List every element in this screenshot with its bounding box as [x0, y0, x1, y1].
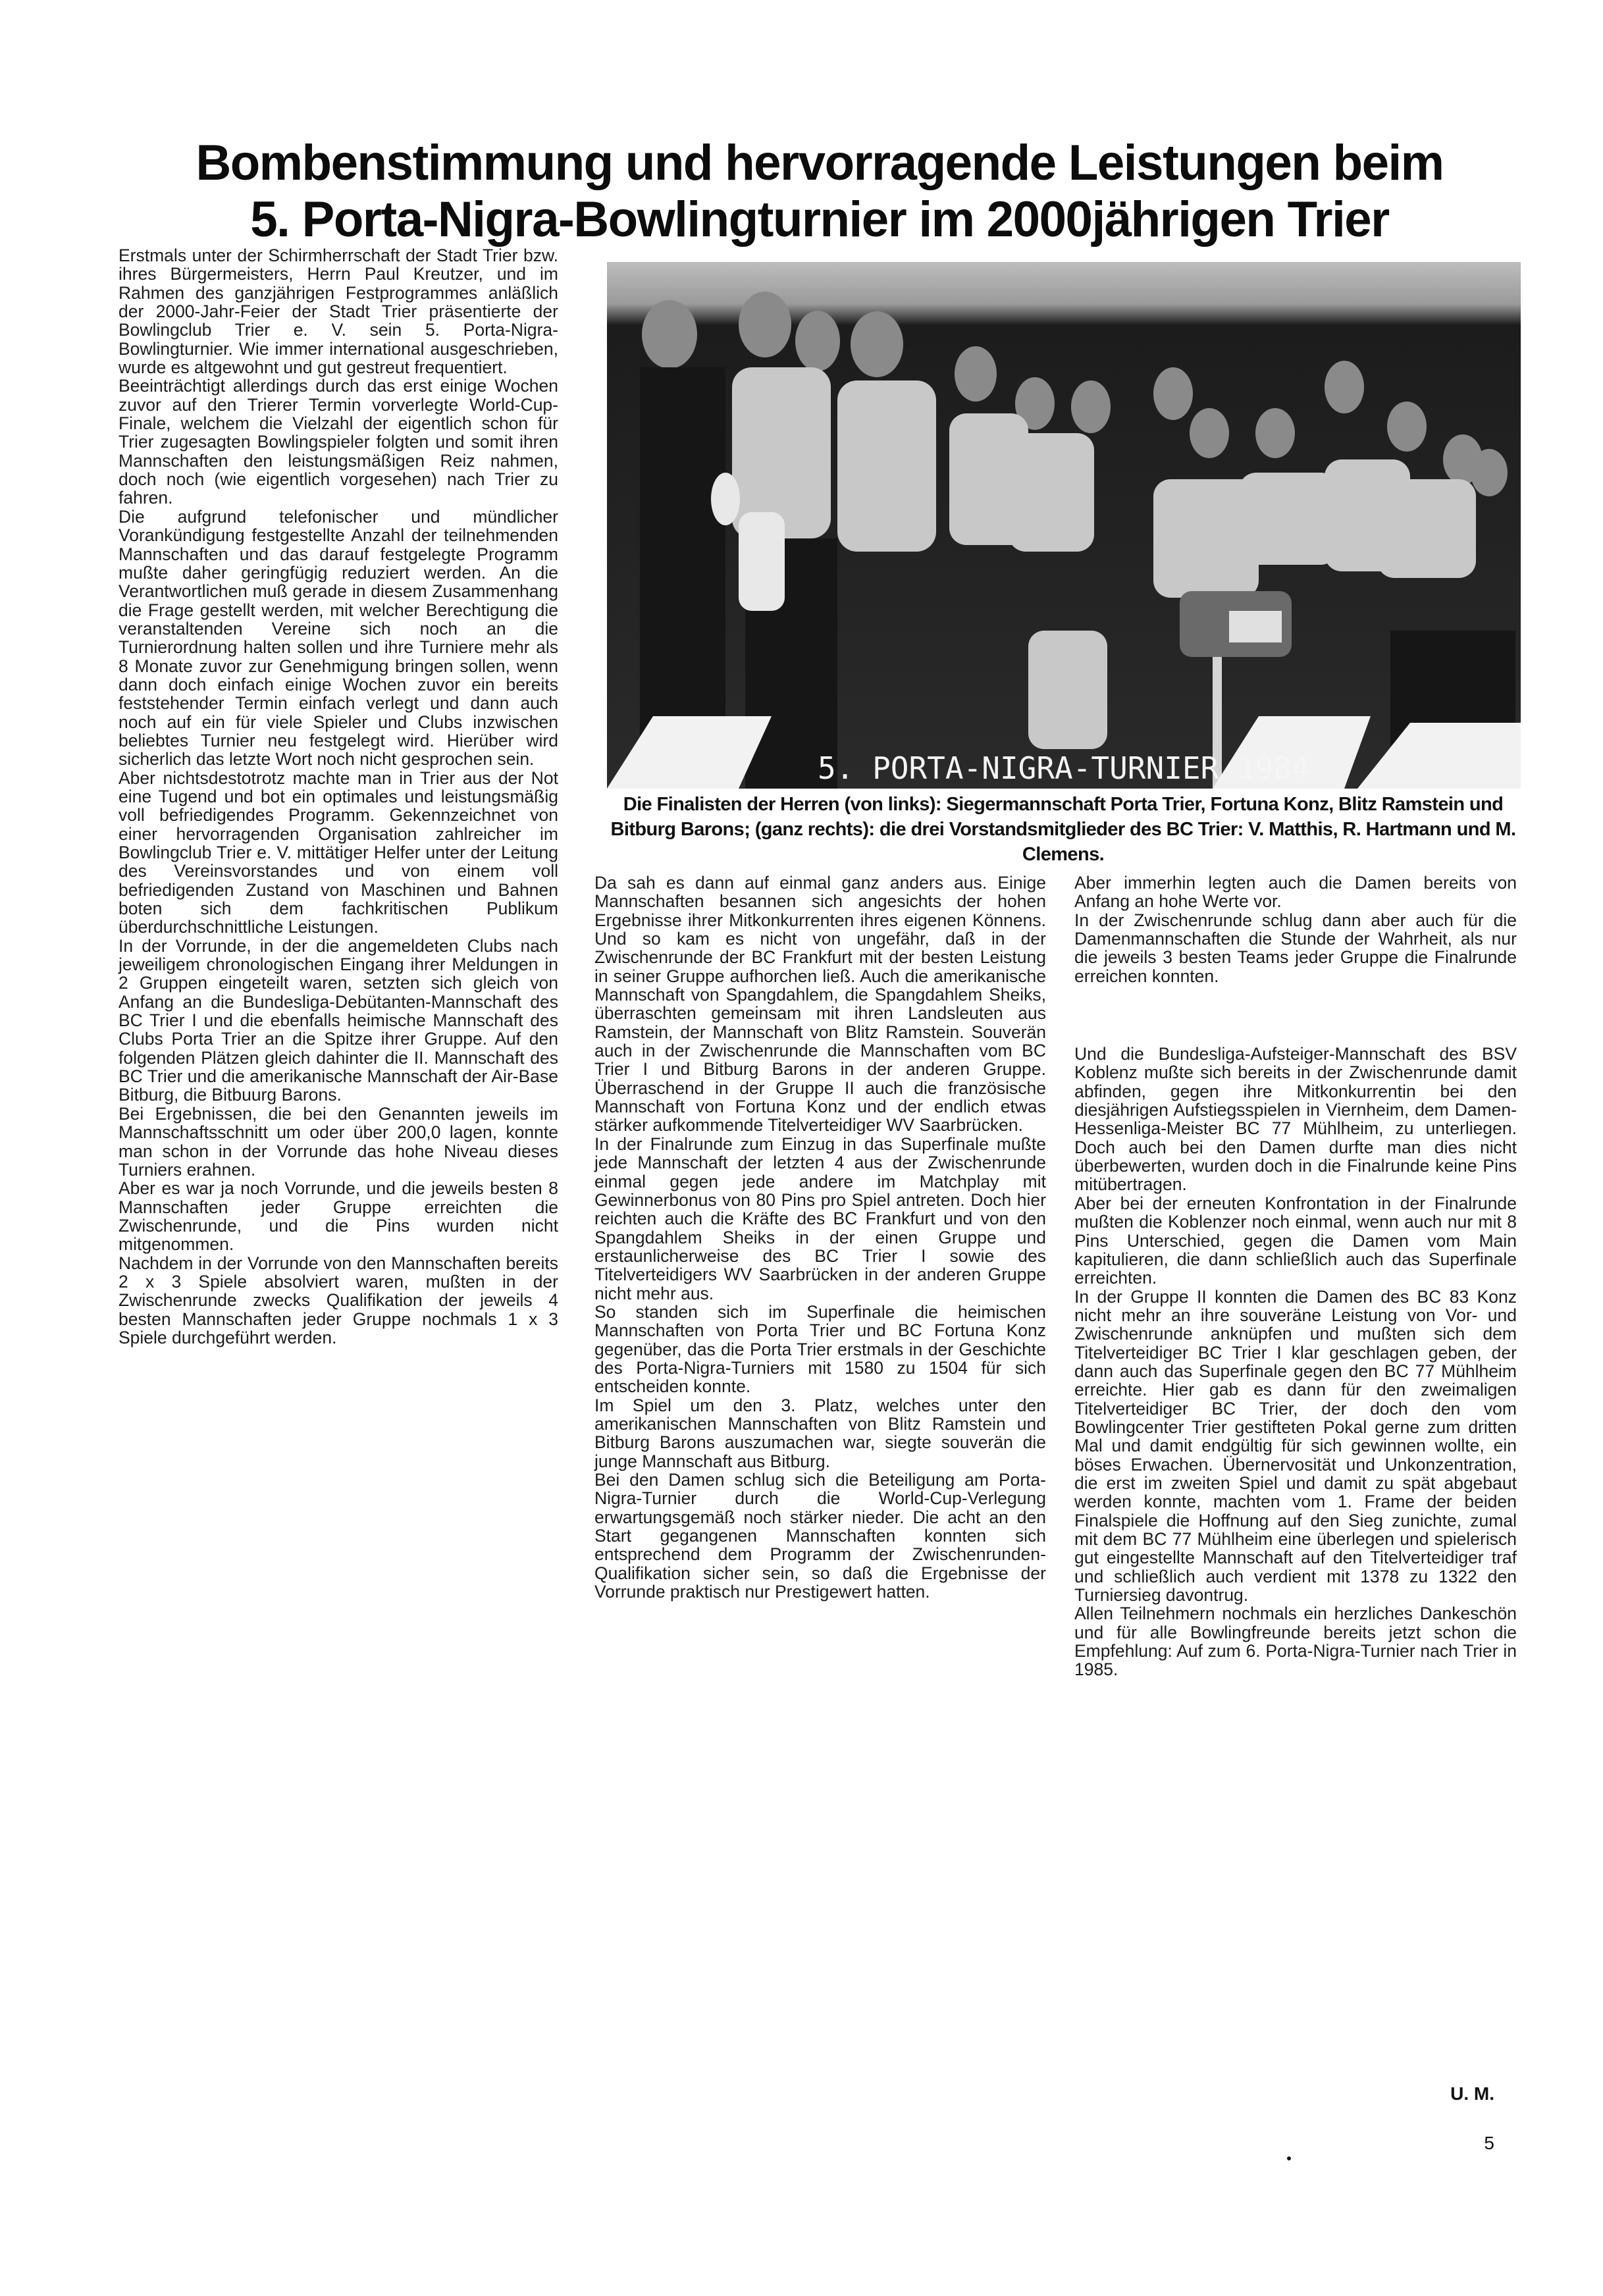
paragraph: Im Spiel um den 3. Platz, welches unter …	[594, 1396, 1046, 1471]
photo-banner-text: 5. PORTA-NIGRA-TURNIER 1984	[818, 750, 1310, 786]
paragraph: Aber es war ja noch Vorrunde, und die je…	[118, 1179, 558, 1253]
photo-image: 5. PORTA-NIGRA-TURNIER 1984	[607, 262, 1521, 789]
paragraph: Die aufgrund telefonischer und mündliche…	[118, 508, 558, 769]
print-speck	[1287, 2156, 1291, 2160]
paragraph: So standen sich im Superfinale die heimi…	[594, 1303, 1046, 1396]
article-column-left: Erstmals unter der Schirmherrschaft der …	[118, 246, 558, 1347]
paragraph: Da sah es dann auf einmal ganz anders au…	[594, 874, 1046, 1135]
headline-line-1: Bombenstimmung und hervorragende Leistun…	[126, 135, 1513, 192]
paragraph: Bei den Damen schlug sich die Beteiligun…	[594, 1471, 1046, 1601]
column-gap	[1074, 985, 1517, 1045]
paragraph: Aber nichtsdestotrotz machte man in Trie…	[118, 769, 558, 937]
article-column-right: Aber immerhin legten auch die Damen bere…	[1074, 874, 1517, 1679]
paragraph: Und die Bundesliga-Aufsteiger-Mannschaft…	[1074, 1045, 1517, 1194]
paragraph: In der Finalrunde zum Einzug in das Supe…	[594, 1135, 1046, 1303]
article-headline: Bombenstimmung und hervorragende Leistun…	[126, 135, 1513, 248]
author-signature: U. M.	[1415, 2083, 1494, 2104]
group-photo: 5. PORTA-NIGRA-TURNIER 1984	[607, 262, 1521, 789]
paragraph: Nachdem in der Vorrunde von den Mannscha…	[118, 1254, 558, 1347]
paragraph: In der Zwischenrunde schlug dann aber au…	[1074, 911, 1517, 985]
paragraph: Allen Teilnehmern nochmals ein herzliche…	[1074, 1604, 1517, 1679]
article-column-middle: Da sah es dann auf einmal ganz anders au…	[594, 874, 1046, 1601]
paragraph: Bei Ergebnissen, die bei den Genannten j…	[118, 1105, 558, 1179]
paragraph: Aber bei der erneuten Konfrontation in d…	[1074, 1194, 1517, 1288]
paragraph: In der Gruppe II konnten die Damen des B…	[1074, 1288, 1517, 1605]
paragraph: Aber immerhin legten auch die Damen bere…	[1074, 874, 1517, 911]
paragraph: Beeinträchtigt allerdings durch das erst…	[118, 377, 558, 507]
page-number: 5	[1468, 2133, 1494, 2154]
paragraph: Erstmals unter der Schirmherrschaft der …	[118, 246, 558, 377]
paragraph: In der Vorrunde, in der die angemeldeten…	[118, 937, 558, 1105]
headline-line-2: 5. Porta-Nigra-Bowlingturnier im 2000jäh…	[126, 192, 1513, 248]
photo-caption: Die Finalisten der Herren (von links): S…	[596, 792, 1531, 867]
